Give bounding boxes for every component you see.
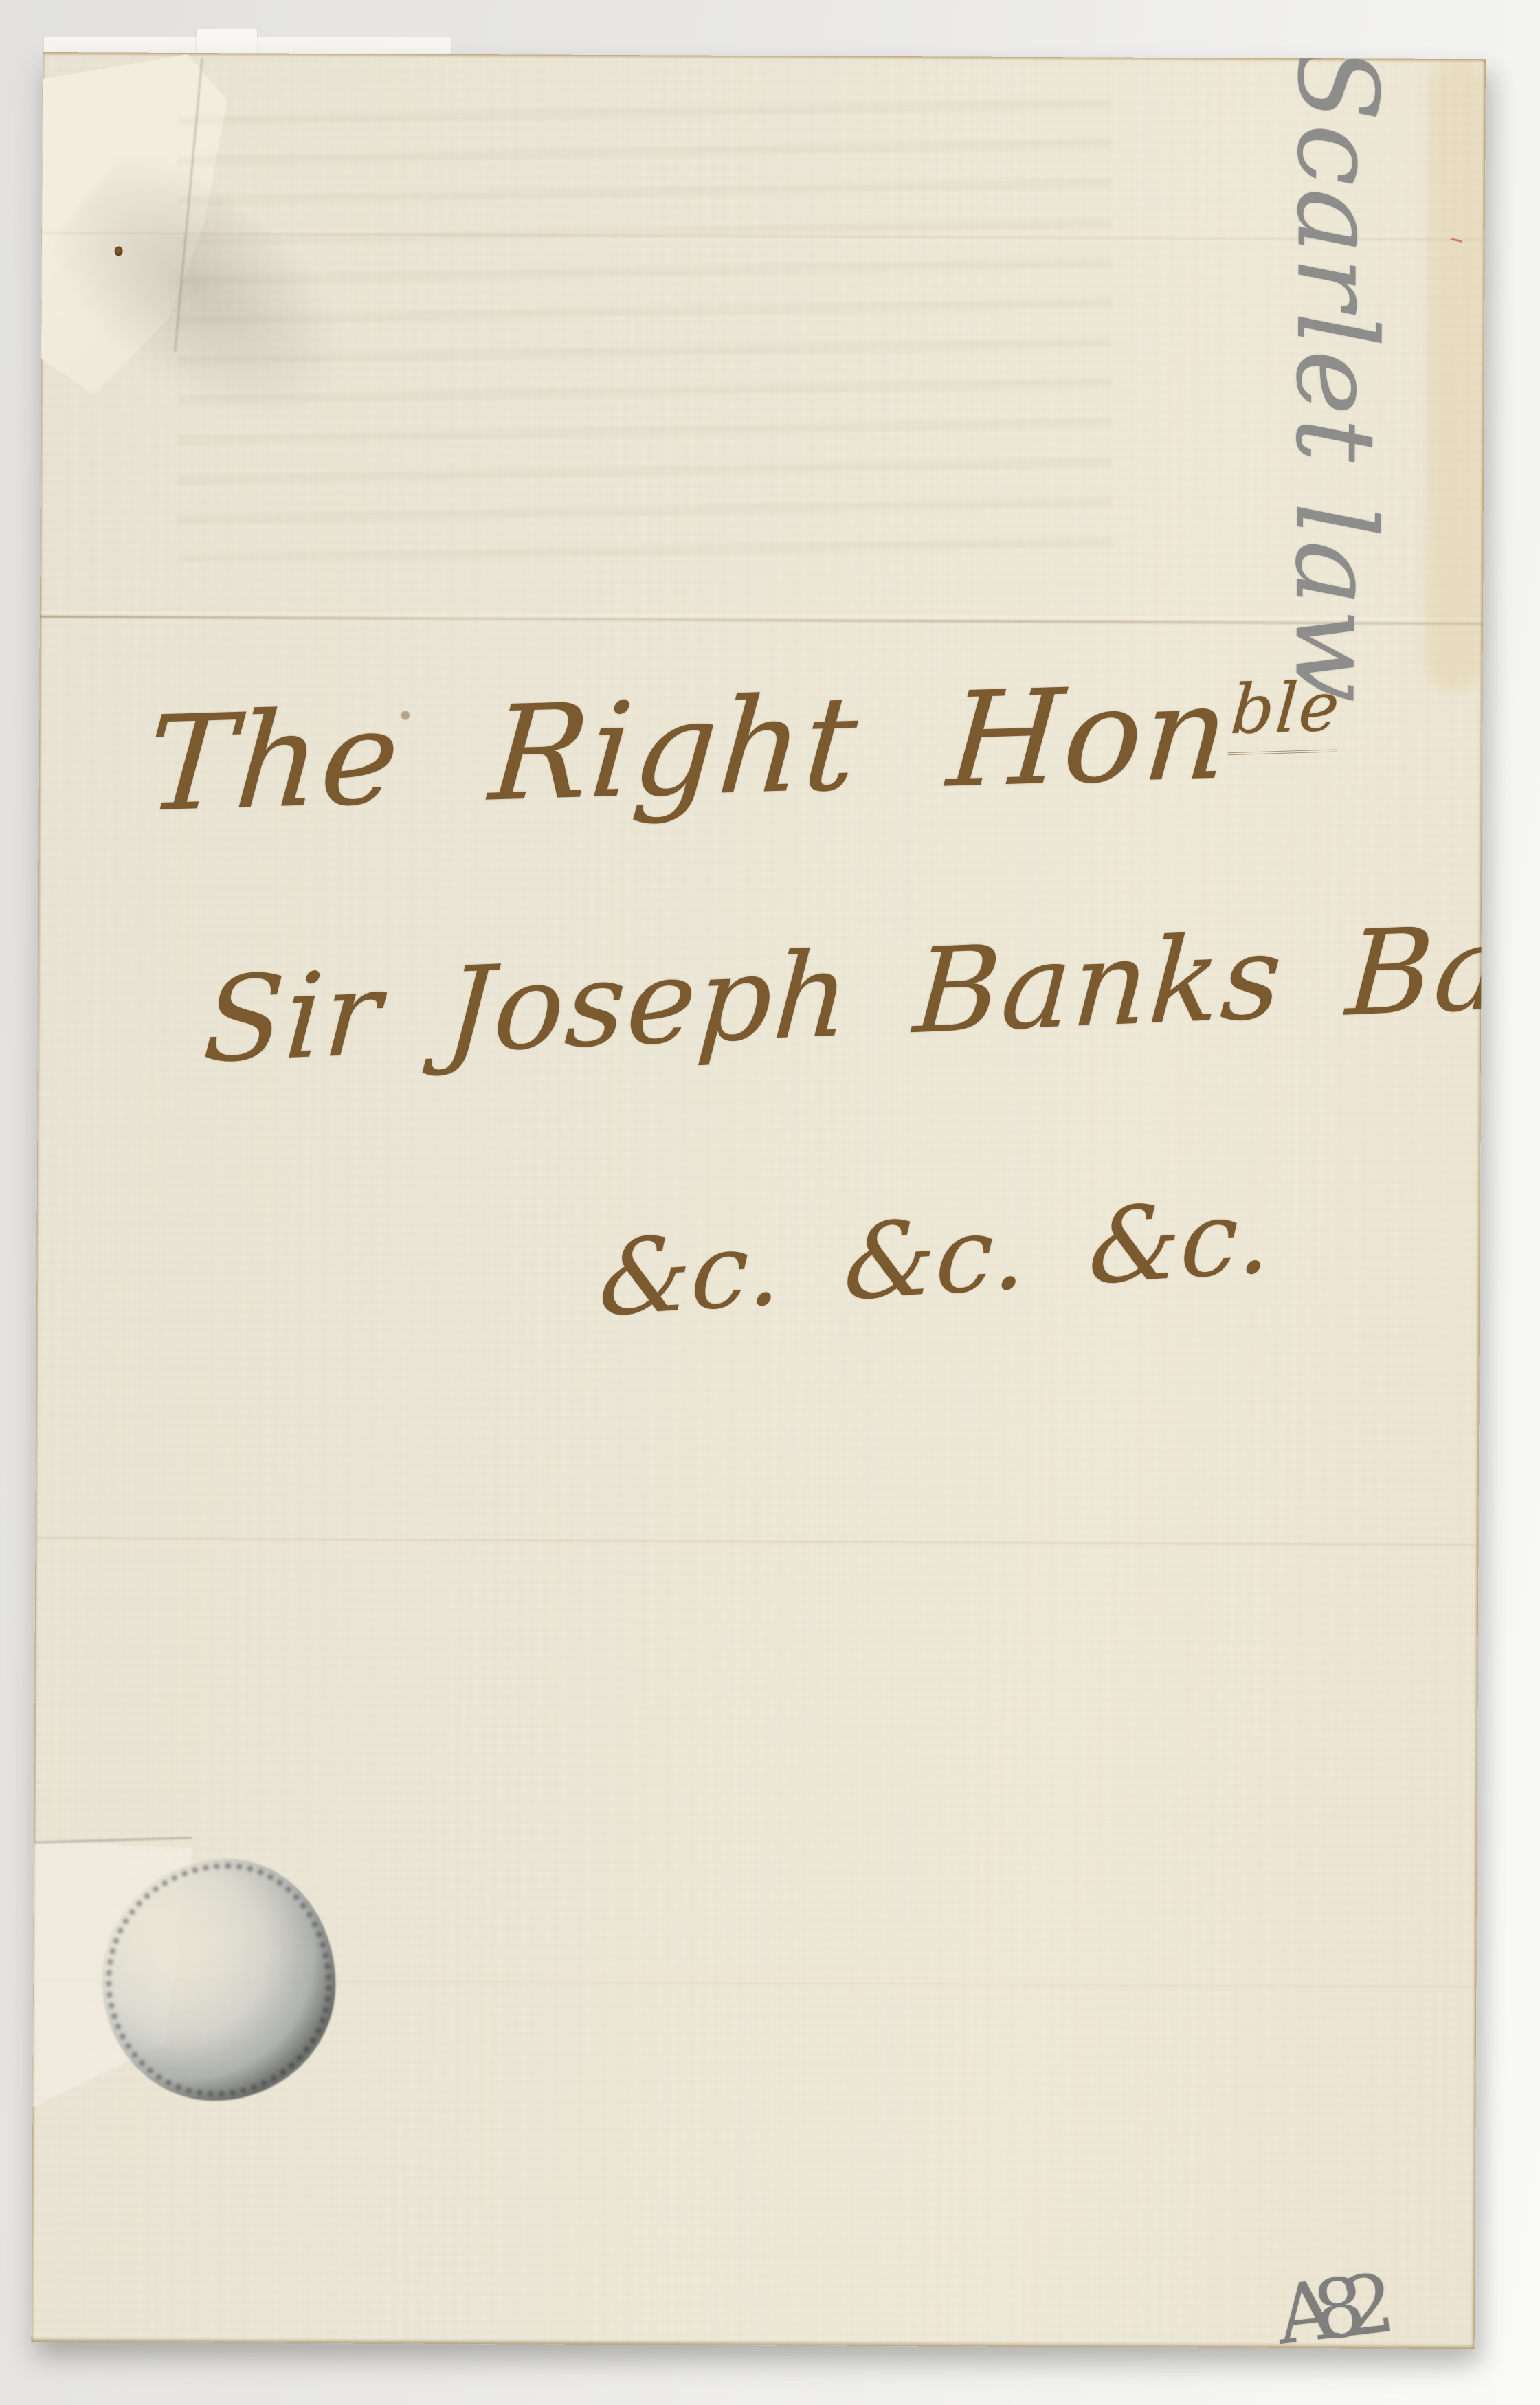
- showthrough-writing: [177, 85, 1112, 561]
- ink-speck: [115, 247, 123, 256]
- letter-paper: The Right Honble Sir Joseph Banks Bart. …: [32, 52, 1486, 2349]
- edge-stain: [1425, 59, 1485, 691]
- pencil-mark-a82: A82: [1271, 2257, 1378, 2349]
- letter-photograph: The Right Honble Sir Joseph Banks Bart. …: [0, 0, 1540, 2405]
- pencil-inscription: Scarlet law: [1270, 52, 1402, 706]
